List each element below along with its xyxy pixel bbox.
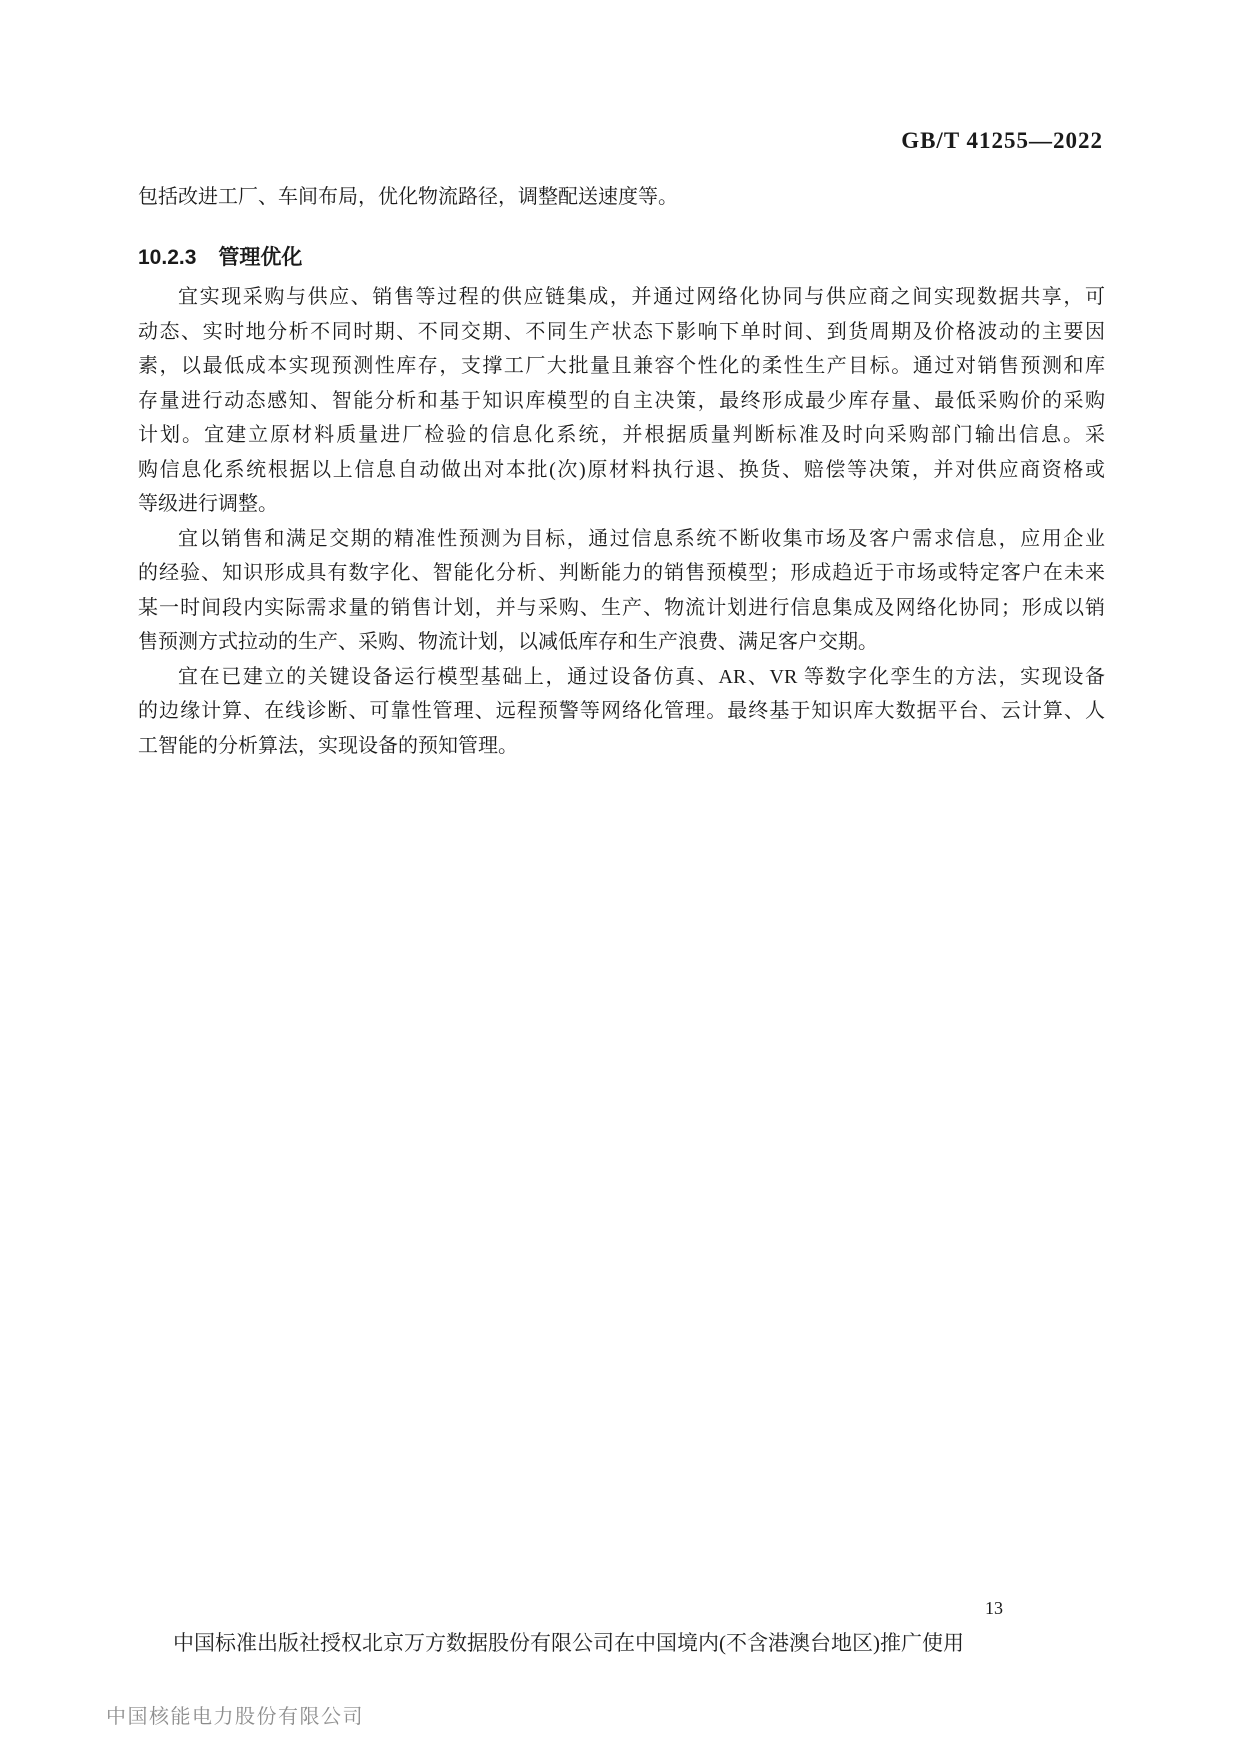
body-line: 的边缘计算、在线诊断、可靠性管理、远程预警等网络化管理。最终基于知识库大数据平台…: [138, 694, 1105, 729]
section-title: 管理优化: [218, 246, 302, 269]
standard-number: GB/T 41255—2022: [901, 128, 1103, 154]
section-number: 10.2.3: [138, 246, 196, 269]
footer-authorization-text: 中国标准出版社授权北京万方数据股份有限公司在中国境内(不含港澳台地区)推广使用: [173, 1627, 964, 1657]
page-number: 13: [985, 1598, 1003, 1619]
body-line: 的经验、知识形成具有数字化、智能化分析、判断能力的销售预模型；形成趋近于市场或特…: [138, 556, 1105, 591]
continuation-paragraph-line: 包括改进工厂、车间布局，优化物流路径，调整配送速度等。: [138, 184, 1105, 210]
body-line: 动态、实时地分析不同时期、不同交期、不同生产状态下影响下单时间、到货周期及价格波…: [138, 315, 1105, 350]
body-text: 宜实现采购与供应、销售等过程的供应链集成，并通过网络化协同与供应商之间实现数据共…: [138, 280, 1105, 763]
document-page: GB/T 41255—2022 包括改进工厂、车间布局，优化物流路径，调整配送速…: [0, 0, 1240, 1755]
body-line: 等级进行调整。: [138, 487, 1105, 522]
body-line: 售预测方式拉动的生产、采购、物流计划，以减低库存和生产浪费、满足客户交期。: [138, 625, 1105, 660]
body-line: 某一时间段内实际需求量的销售计划，并与采购、生产、物流计划进行信息集成及网络化协…: [138, 591, 1105, 626]
body-line: 工智能的分析算法，实现设备的预知管理。: [138, 729, 1105, 764]
section-heading: 10.2.3管理优化: [138, 241, 302, 271]
watermark-company-name: 中国核能电力股份有限公司: [106, 1700, 364, 1729]
body-line: 存量进行动态感知、智能分析和基于知识库模型的自主决策，最终形成最少库存量、最低采…: [138, 384, 1105, 419]
body-line: 计划。宜建立原材料质量进厂检验的信息化系统，并根据质量判断标准及时向采购部门输出…: [138, 418, 1105, 453]
body-line: 宜以销售和满足交期的精准性预测为目标，通过信息系统不断收集市场及客户需求信息，应…: [138, 522, 1105, 557]
body-line: 素，以最低成本实现预测性库存，支撑工厂大批量且兼容个性化的柔性生产目标。通过对销…: [138, 349, 1105, 384]
body-line: 购信息化系统根据以上信息自动做出对本批(次)原材料执行退、换货、赔偿等决策，并对…: [138, 453, 1105, 488]
body-line: 宜实现采购与供应、销售等过程的供应链集成，并通过网络化协同与供应商之间实现数据共…: [138, 280, 1105, 315]
body-line: 宜在已建立的关键设备运行模型基础上，通过设备仿真、AR、VR 等数字化孪生的方法…: [138, 660, 1105, 695]
